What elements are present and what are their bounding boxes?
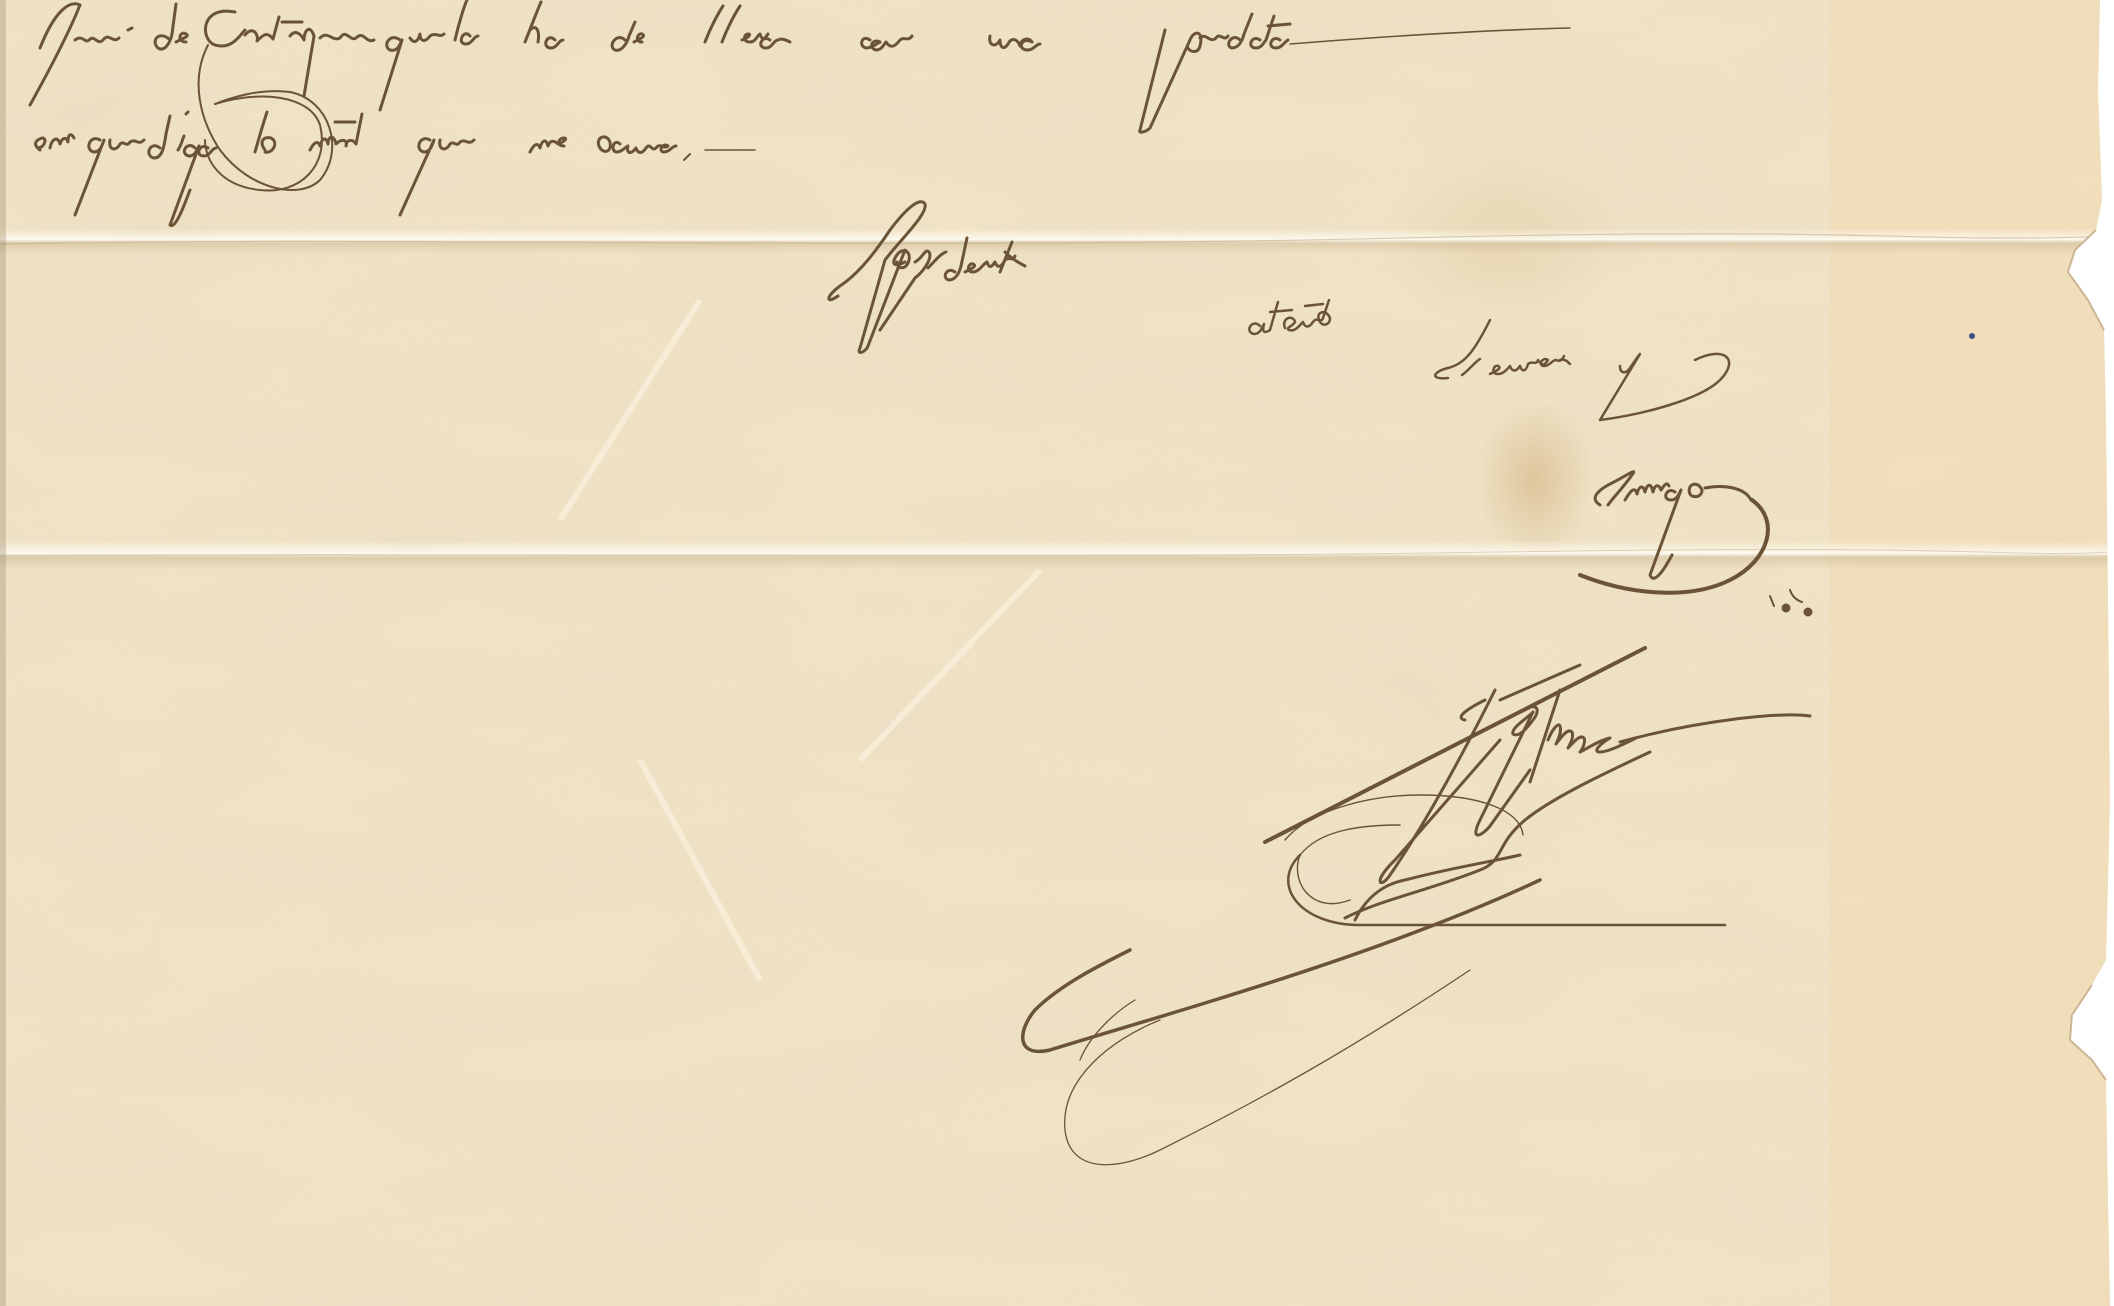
paper-background bbox=[0, 0, 2114, 1306]
scanned-letter-page: Oficial de Cartagena que la ha de llevar… bbox=[0, 0, 2114, 1306]
